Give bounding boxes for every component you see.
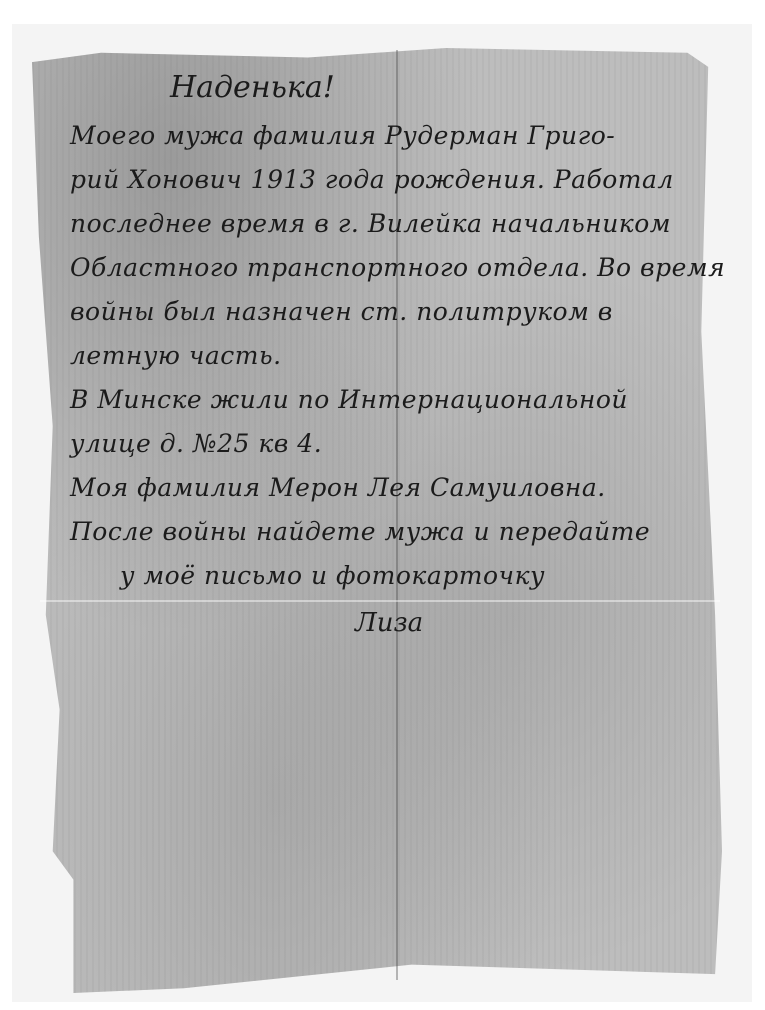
letter-line: войны был назначен ст. политруком в: [70, 290, 720, 334]
letter-line: В Минске жили по Интернациональной: [70, 378, 720, 422]
letter-greeting: Наденька!: [170, 62, 720, 114]
letter-line: Областного транспортного отдела. Во врем…: [70, 246, 720, 290]
letter-text: Наденька! Моего мужа фамилия Рудерман Гр…: [70, 62, 720, 648]
letter-line: После войны найдете мужа и передайте: [70, 510, 720, 554]
letter-line: у моё письмо и фотокарточку: [120, 554, 720, 598]
letter-line: последнее время в г. Вилейка начальником: [70, 202, 720, 246]
letter-signature: Лиза: [355, 598, 720, 648]
letter-line: рий Хонович 1913 года рождения. Работал: [70, 158, 720, 202]
letter-line: улице д. №25 кв 4.: [70, 422, 720, 466]
letter-line: летную часть.: [70, 334, 720, 378]
letter-line: Моя фамилия Мерон Лея Самуиловна.: [70, 466, 720, 510]
letter-line: Моего мужа фамилия Рудерман Григо-: [70, 114, 720, 158]
